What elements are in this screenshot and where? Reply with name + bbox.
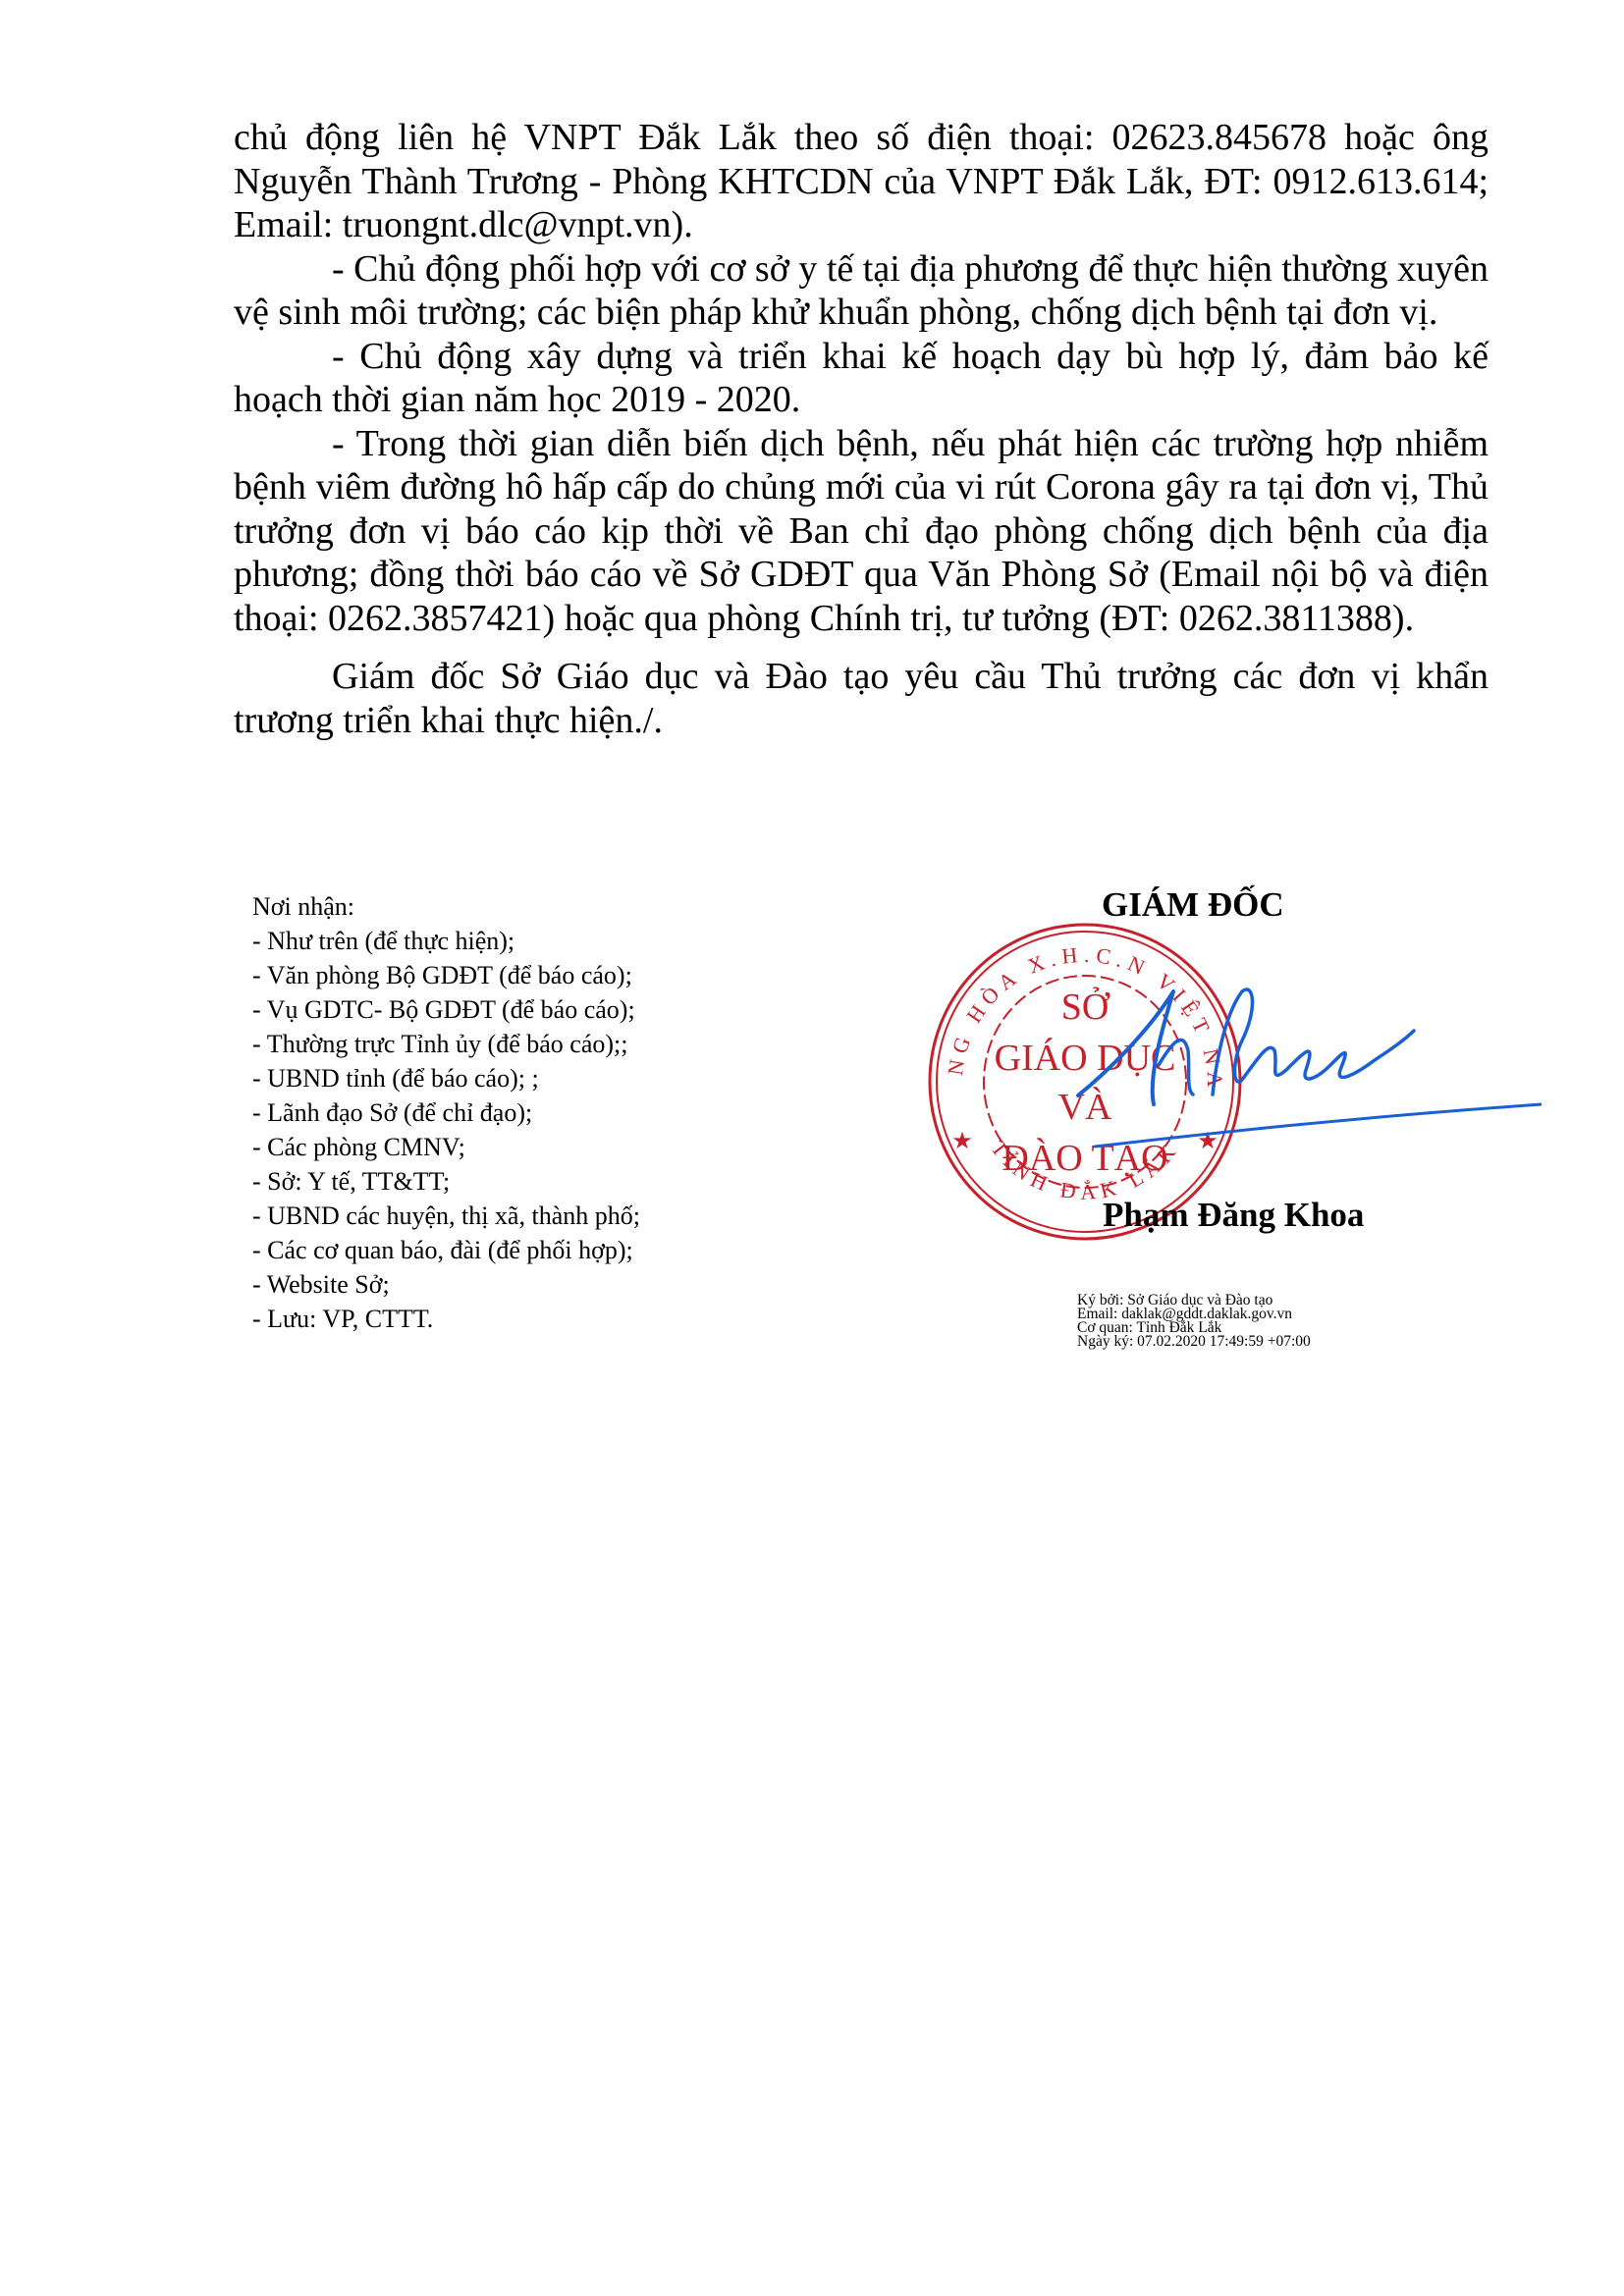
recipient-item: - Các phòng CMNV;	[252, 1130, 763, 1164]
recipient-item: - Lưu: VP, CTTT.	[252, 1302, 763, 1336]
recipient-item: - Vụ GDTC- Bộ GDĐT (để báo cáo);	[252, 992, 763, 1027]
document-page: chủ động liên hệ VNPT Đắk Lắk theo số đi…	[0, 0, 1624, 2296]
recipients-heading: Nơi nhận:	[252, 889, 763, 924]
body-paragraph-closing: Giám đốc Sở Giáo dục và Đào tạo yêu cầu …	[234, 655, 1489, 742]
recipient-item: - Như trên (để thực hiện);	[252, 924, 763, 958]
recipient-item: - Văn phòng Bộ GDĐT (để báo cáo);	[252, 958, 763, 992]
recipient-item: - UBND tỉnh (để báo cáo); ;	[252, 1061, 763, 1095]
document-body: chủ động liên hệ VNPT Đắk Lắk theo số đi…	[234, 116, 1489, 742]
recipient-item: - Lãnh đạo Sở (để chỉ đạo);	[252, 1095, 763, 1130]
body-paragraph-contact: chủ động liên hệ VNPT Đắk Lắk theo số đi…	[234, 116, 1489, 247]
recipient-item: - UBND các huyện, thị xã, thành phố;	[252, 1199, 763, 1233]
recipients-list: Nơi nhận: - Như trên (để thực hiện); - V…	[252, 889, 763, 1336]
digital-signature-date: Ngày ký: 07.02.2020 17:49:59 +07:00	[1077, 1335, 1311, 1349]
svg-text:★: ★	[951, 1129, 973, 1154]
recipient-item: - Sở: Y tế, TT&TT;	[252, 1164, 763, 1199]
body-paragraph-reporting: - Trong thời gian diễn biến dịch bệnh, n…	[234, 422, 1489, 641]
signer-title: GIÁM ĐỐC	[1102, 885, 1284, 925]
body-paragraph-sanitation: - Chủ động phối hợp với cơ sở y tế tại đ…	[234, 247, 1489, 335]
signer-name: Phạm Đăng Khoa	[1103, 1196, 1364, 1235]
recipient-item: - Thường trực Tỉnh ủy (để báo cáo);;	[252, 1027, 763, 1061]
digital-signature-info: Ký bởi: Sở Giáo dục và Đào tạo Email: da…	[1077, 1294, 1311, 1349]
recipient-item: - Website Sở;	[252, 1267, 763, 1302]
body-paragraph-makeup-classes: - Chủ động xây dựng và triển khai kế hoạ…	[234, 335, 1489, 422]
recipient-item: - Các cơ quan báo, đài (để phối hợp);	[252, 1233, 763, 1267]
handwritten-signature-icon	[1011, 972, 1542, 1148]
